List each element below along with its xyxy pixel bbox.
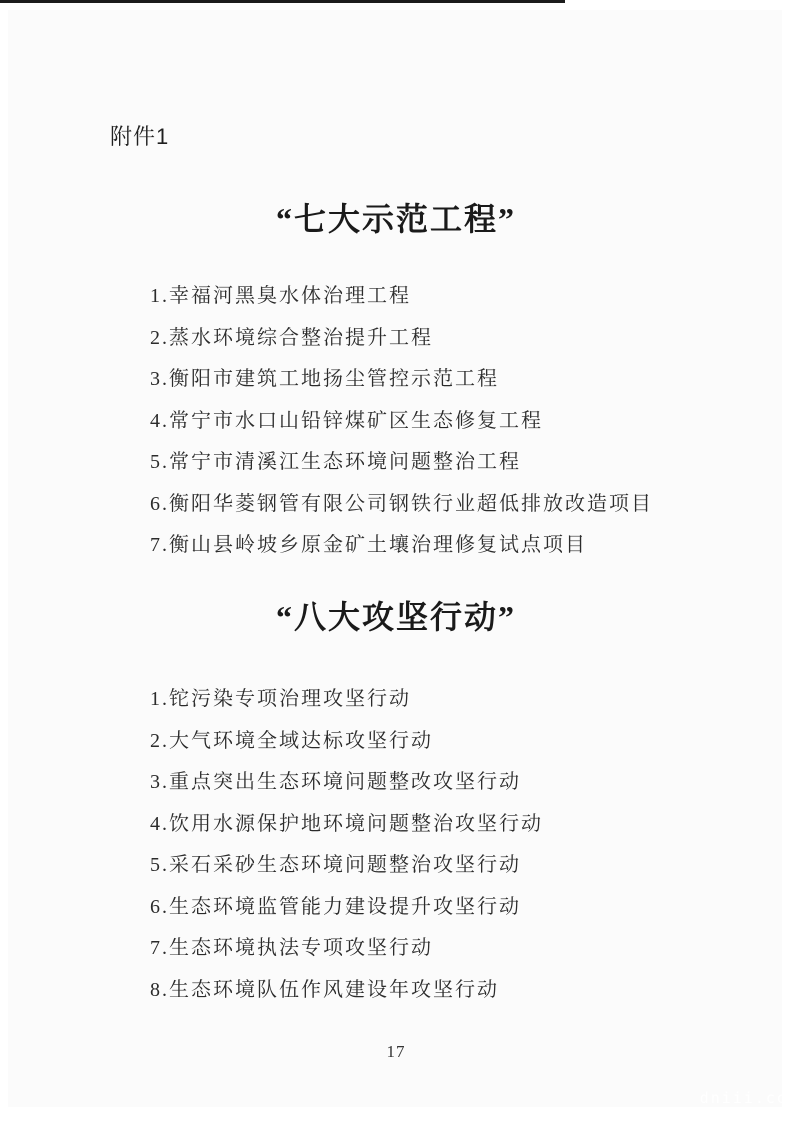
list-item: 1.幸福河黑臭水体治理工程 (150, 276, 752, 318)
list-item: 4.常宁市水口山铅锌煤矿区生态修复工程 (150, 401, 752, 443)
list-item: 2.大气环境全域达标攻坚行动 (150, 721, 752, 763)
scan-artifact-top-line (0, 0, 565, 3)
list-item: 3.衡阳市建筑工地扬尘管控示范工程 (150, 359, 752, 401)
watermark: dniii.co (700, 1089, 788, 1107)
list-item: 7.衡山县岭坡乡原金矿土壤治理修复试点项目 (150, 525, 752, 567)
list-item: 5.采石采砂生态环境问题整治攻坚行动 (150, 845, 752, 887)
list-item: 6.衡阳华菱钢管有限公司钢铁行业超低排放改造项目 (150, 484, 752, 526)
section-1-list: 1.幸福河黑臭水体治理工程 2.蒸水环境综合整治提升工程 3.衡阳市建筑工地扬尘… (150, 276, 752, 567)
list-item: 4.饮用水源保护地环境问题整治攻坚行动 (150, 804, 752, 846)
list-item: 3.重点突出生态环境问题整改攻坚行动 (150, 762, 752, 804)
page-number: 17 (0, 1042, 792, 1062)
list-item: 2.蒸水环境综合整治提升工程 (150, 318, 752, 360)
list-item: 7.生态环境执法专项攻坚行动 (150, 928, 752, 970)
list-item: 5.常宁市清溪江生态环境问题整治工程 (150, 442, 752, 484)
list-item: 6.生态环境监管能力建设提升攻坚行动 (150, 887, 752, 929)
section-2-title: “八大攻坚行动” (0, 592, 792, 638)
section-2-list: 1.铊污染专项治理攻坚行动 2.大气环境全域达标攻坚行动 3.重点突出生态环境问… (150, 679, 752, 1011)
list-item: 1.铊污染专项治理攻坚行动 (150, 679, 752, 721)
list-item: 8.生态环境队伍作风建设年攻坚行动 (150, 970, 752, 1012)
section-1-title: “七大示范工程” (0, 194, 792, 240)
attachment-label: 附件1 (110, 120, 169, 151)
